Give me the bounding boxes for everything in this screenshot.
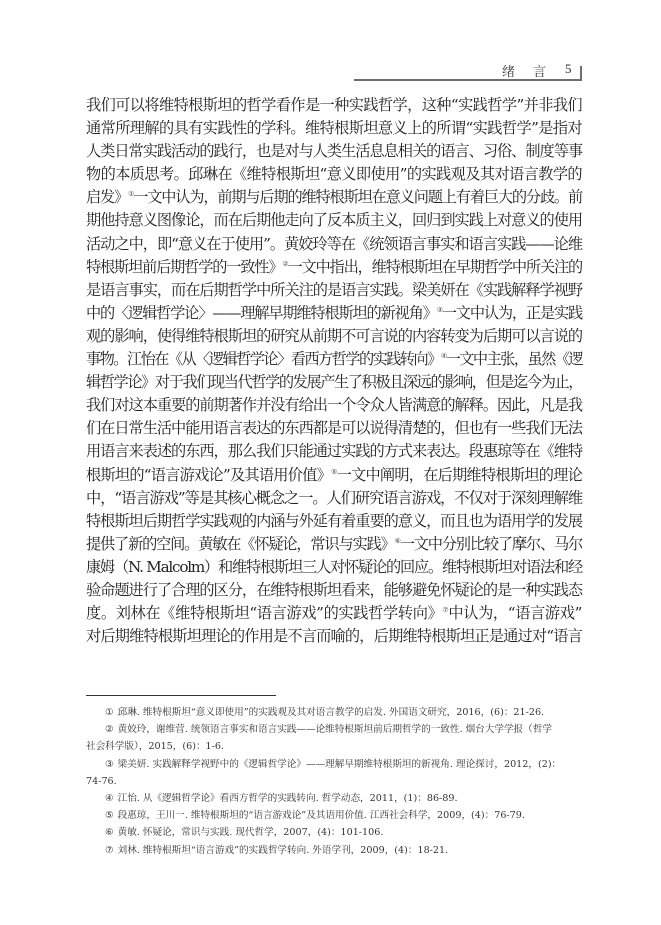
page-number: 5 <box>565 61 572 77</box>
text-run: 中的〈逻辑哲学论〉——理解早期维特根斯坦的新视角》 <box>86 304 437 322</box>
footnote-number: ① <box>105 707 114 718</box>
footnote-item: ⑦刘林. 维特根斯坦“语言游戏”的实践哲学转向. 外语学刊，2009，(4)：1… <box>86 842 582 859</box>
header-rule <box>354 79 582 81</box>
text-run: 根斯坦的“语言游戏论”及其语用价值》 <box>86 466 331 484</box>
footnote-item: ①邱琳. 维特根斯坦“意义即使用”的实践观及其对语言教学的启发. 外国语文研究，… <box>86 704 582 721</box>
footnote-item: ⑤段惠琼，王川一. 维特根斯坦的“语言游戏论”及其语用价值. 江西社会科学，20… <box>86 807 582 824</box>
paragraph-line: 启发》①一文中认为，前期与后期的维特根斯坦在意义问题上有着巨大的分歧。前 <box>86 186 582 209</box>
text-run: 提供了新的空间。黄敏在《怀疑论，常识与实践》 <box>86 535 395 553</box>
text-run: 康姆（N. Malcolm）和维特根斯坦三人对怀疑论的回应。维特根斯坦对语法和经 <box>86 558 582 576</box>
footnote-continuation: 社会科学版），2015，(6)：1-6. <box>86 738 582 755</box>
footnote-text: 黄姣玲，谢维营. 统领语言事实和语言实践——论维特根斯坦前后期哲学的一致性. 烟… <box>118 724 552 735</box>
footnote-number: ⑤ <box>105 810 114 821</box>
chapter-title-char: 言 <box>533 61 546 80</box>
text-run: 一文中阐明，在后期维特根斯坦的理论 <box>337 466 582 484</box>
text-run: 通常所理解的具有实践性的学科。维特根斯坦意义上的所谓“实践哲学”是指对 <box>86 119 582 137</box>
text-run: 一文中分别比较了摩尔、马尔 <box>400 535 582 553</box>
text-run: 是语言事实，而在后期哲学中所关注的是语言实践。梁美妍在《实践解释学视野 <box>86 281 582 299</box>
footnote-number: ⑦ <box>105 845 114 856</box>
text-run: 对后期维特根斯坦理论的作用是不言而喻的，后期维特根斯坦正是通过对“语言 <box>86 627 582 645</box>
text-run: 们在日常生活中能用语言表达的东西都是可以说得清楚的，但也有一些我们无法 <box>86 419 582 437</box>
text-run: 中，“语言游戏”等是其核心概念之一。人们研究语言游戏，不仅对于深刻理解维 <box>86 489 582 507</box>
text-run: 度。刘林在《维特根斯坦“语言游戏”的实践哲学转向》 <box>86 604 442 622</box>
paragraph-line: 中的〈逻辑哲学论〉——理解早期维特根斯坦的新视角》③一文中认为，正是实践 <box>86 302 582 325</box>
paragraph-line: 观的影响，使得维特根斯坦的研究从前期不可言说的内容转变为后期可以言说的 <box>86 325 582 348</box>
footnote-item: ④江怡. 从《逻辑哲学论》看西方哲学的实践转向. 哲学动态，2011，(1)：8… <box>86 790 582 807</box>
paragraph-line: 活动之中，即“意义在于使用”。黄姣玲等在《统领语言事实和语言实践——论维 <box>86 233 582 256</box>
text-run: 我们可以将维特根斯坦的哲学看作是一种实践哲学，这种“实践哲学”并非我们 <box>86 96 582 114</box>
paragraph-line: 事物。江怡在《从〈逻辑哲学论〉看西方哲学的实践转向》④一文中主张，虽然《逻 <box>86 348 582 371</box>
text-run: 一文中主张，虽然《逻 <box>446 350 582 368</box>
paragraph-line: 特根斯坦前后期哲学的一致性》②一文中指出，维特根斯坦在早期哲学中所关注的 <box>86 256 582 279</box>
footnote-text: 74-76. <box>86 776 117 787</box>
body-text: 我们可以将维特根斯坦的哲学看作是一种实践哲学，这种“实践哲学”并非我们通常所理解… <box>86 94 582 648</box>
text-run: 观的影响，使得维特根斯坦的研究从前期不可言说的内容转变为后期可以言说的 <box>86 327 582 345</box>
footnote-item: ③梁美妍. 实践解释学视野中的《逻辑哲学论》——理解早期维特根斯坦的新视角. 理… <box>86 756 582 773</box>
text-run: 物的本质思考。邱琳在《维特根斯坦“意义即使用”的实践观及其对语言教学的 <box>86 165 582 183</box>
footnote-text: 社会科学版），2015，(6)：1-6. <box>86 741 224 752</box>
footnotes: ①邱琳. 维特根斯坦“意义即使用”的实践观及其对语言教学的启发. 外国语文研究，… <box>86 704 582 859</box>
footnote-continuation: 74-76. <box>86 773 582 790</box>
paragraph-line: 人类日常实践活动的践行，也是对与人类生活息息相关的语言、习俗、制度等事 <box>86 140 582 163</box>
paragraph-line: 康姆（N. Malcolm）和维特根斯坦三人对怀疑论的回应。维特根斯坦对语法和经 <box>86 556 582 579</box>
text-run: 一文中认为，前期与后期的维特根斯坦在意义问题上有着巨大的分歧。前 <box>133 188 582 206</box>
footnote-separator <box>86 695 276 696</box>
text-run: 中认为，“语言游戏” <box>448 604 582 622</box>
header-rule-tick <box>580 66 582 81</box>
footnote-text: 刘林. 维特根斯坦“语言游戏”的实践哲学转向. 外语学刊，2009，(4)：18… <box>118 845 449 856</box>
footnote-text: 梁美妍. 实践解释学视野中的《逻辑哲学论》——理解早期维特根斯坦的新视角. 理论… <box>118 759 562 770</box>
paragraph-line: 提供了新的空间。黄敏在《怀疑论，常识与实践》⑥一文中分别比较了摩尔、马尔 <box>86 533 582 556</box>
chapter-title-char: 绪 <box>502 61 515 80</box>
text-run: 特根斯坦后期哲学实践观的内涵与外延有着重要的意义，而且也为语用学的发展 <box>86 512 582 530</box>
text-run: 辑哲学论》对于我们现当代哲学的发展产生了积极且深远的影响，但是迄今为止， <box>86 373 582 391</box>
running-header: 绪言 5 <box>0 0 661 90</box>
text-run: 活动之中，即“意义在于使用”。黄姣玲等在《统领语言事实和语言实践——论维 <box>86 235 582 253</box>
footnote-text: 江怡. 从《逻辑哲学论》看西方哲学的实践转向. 哲学动态，2011，(1)：86… <box>118 793 458 804</box>
footnote-text: 黄敏. 怀疑论，常识与实践. 现代哲学，2007，(4)：101-106. <box>118 827 384 838</box>
paragraph-line: 期他持意义图像论，而在后期他走向了反本质主义，回归到实践上对意义的使用 <box>86 209 582 232</box>
chapter-title: 绪言 <box>502 61 546 80</box>
paragraph-line: 用语言来表述的东西，那么我们只能通过实践的方式来表达。段惠琼等在《维特 <box>86 440 582 463</box>
text-run: 期他持意义图像论，而在后期他走向了反本质主义，回归到实践上对意义的使用 <box>86 211 582 229</box>
text-run: 验命题进行了合理的区分，在维特根斯坦看来，能够避免怀疑论的是一种实践态 <box>86 581 582 599</box>
paragraph-line: 度。刘林在《维特根斯坦“语言游戏”的实践哲学转向》⑦中认为，“语言游戏” <box>86 602 582 625</box>
footnote-text: 段惠琼，王川一. 维特根斯坦的“语言游戏论”及其语用价值. 江西社会科学，200… <box>118 810 525 821</box>
text-run: 人类日常实践活动的践行，也是对与人类生活息息相关的语言、习俗、制度等事 <box>86 142 582 160</box>
paragraph-line: 特根斯坦后期哲学实践观的内涵与外延有着重要的意义，而且也为语用学的发展 <box>86 510 582 533</box>
paragraph-line: 验命题进行了合理的区分，在维特根斯坦看来，能够避免怀疑论的是一种实践态 <box>86 579 582 602</box>
paragraph-line: 中，“语言游戏”等是其核心概念之一。人们研究语言游戏，不仅对于深刻理解维 <box>86 487 582 510</box>
paragraph-line: 辑哲学论》对于我们现当代哲学的发展产生了积极且深远的影响，但是迄今为止， <box>86 371 582 394</box>
paragraph-line: 通常所理解的具有实践性的学科。维特根斯坦意义上的所谓“实践哲学”是指对 <box>86 117 582 140</box>
footnote-number: ③ <box>105 759 114 770</box>
text-run: 我们对这本重要的前期著作并没有给出一个令众人皆满意的解释。因此，凡是我 <box>86 396 582 414</box>
paragraph-line: 我们可以将维特根斯坦的哲学看作是一种实践哲学，这种“实践哲学”并非我们 <box>86 94 582 117</box>
text-run: 启发》 <box>86 188 128 206</box>
footnote-item: ⑥黄敏. 怀疑论，常识与实践. 现代哲学，2007，(4)：101-106. <box>86 824 582 841</box>
paragraph-line: 是语言事实，而在后期哲学中所关注的是语言实践。梁美妍在《实践解释学视野 <box>86 279 582 302</box>
paragraph-line: 们在日常生活中能用语言表达的东西都是可以说得清楚的，但也有一些我们无法 <box>86 417 582 440</box>
text-run: 一文中指出，维特根斯坦在早期哲学中所关注的 <box>287 258 582 276</box>
footnote-number: ④ <box>105 793 114 804</box>
paragraph-line: 我们对这本重要的前期著作并没有给出一个令众人皆满意的解释。因此，凡是我 <box>86 394 582 417</box>
text-run: 特根斯坦前后期哲学的一致性》 <box>86 258 282 276</box>
paragraph-line: 物的本质思考。邱琳在《维特根斯坦“意义即使用”的实践观及其对语言教学的 <box>86 163 582 186</box>
text-run: 事物。江怡在《从〈逻辑哲学论〉看西方哲学的实践转向》 <box>86 350 441 368</box>
text-run: 一文中认为，正是实践 <box>442 304 582 322</box>
footnote-number: ② <box>105 724 114 735</box>
text-run: 用语言来表述的东西，那么我们只能通过实践的方式来表达。段惠琼等在《维特 <box>86 442 582 460</box>
footnote-item: ②黄姣玲，谢维营. 统领语言事实和语言实践——论维特根斯坦前后期哲学的一致性. … <box>86 721 582 738</box>
paragraph-line: 根斯坦的“语言游戏论”及其语用价值》⑤一文中阐明，在后期维特根斯坦的理论 <box>86 464 582 487</box>
paragraph-line: 对后期维特根斯坦理论的作用是不言而喻的，后期维特根斯坦正是通过对“语言 <box>86 625 582 648</box>
footnote-number: ⑥ <box>105 827 114 838</box>
footnote-text: 邱琳. 维特根斯坦“意义即使用”的实践观及其对语言教学的启发. 外国语文研究，2… <box>118 707 545 718</box>
